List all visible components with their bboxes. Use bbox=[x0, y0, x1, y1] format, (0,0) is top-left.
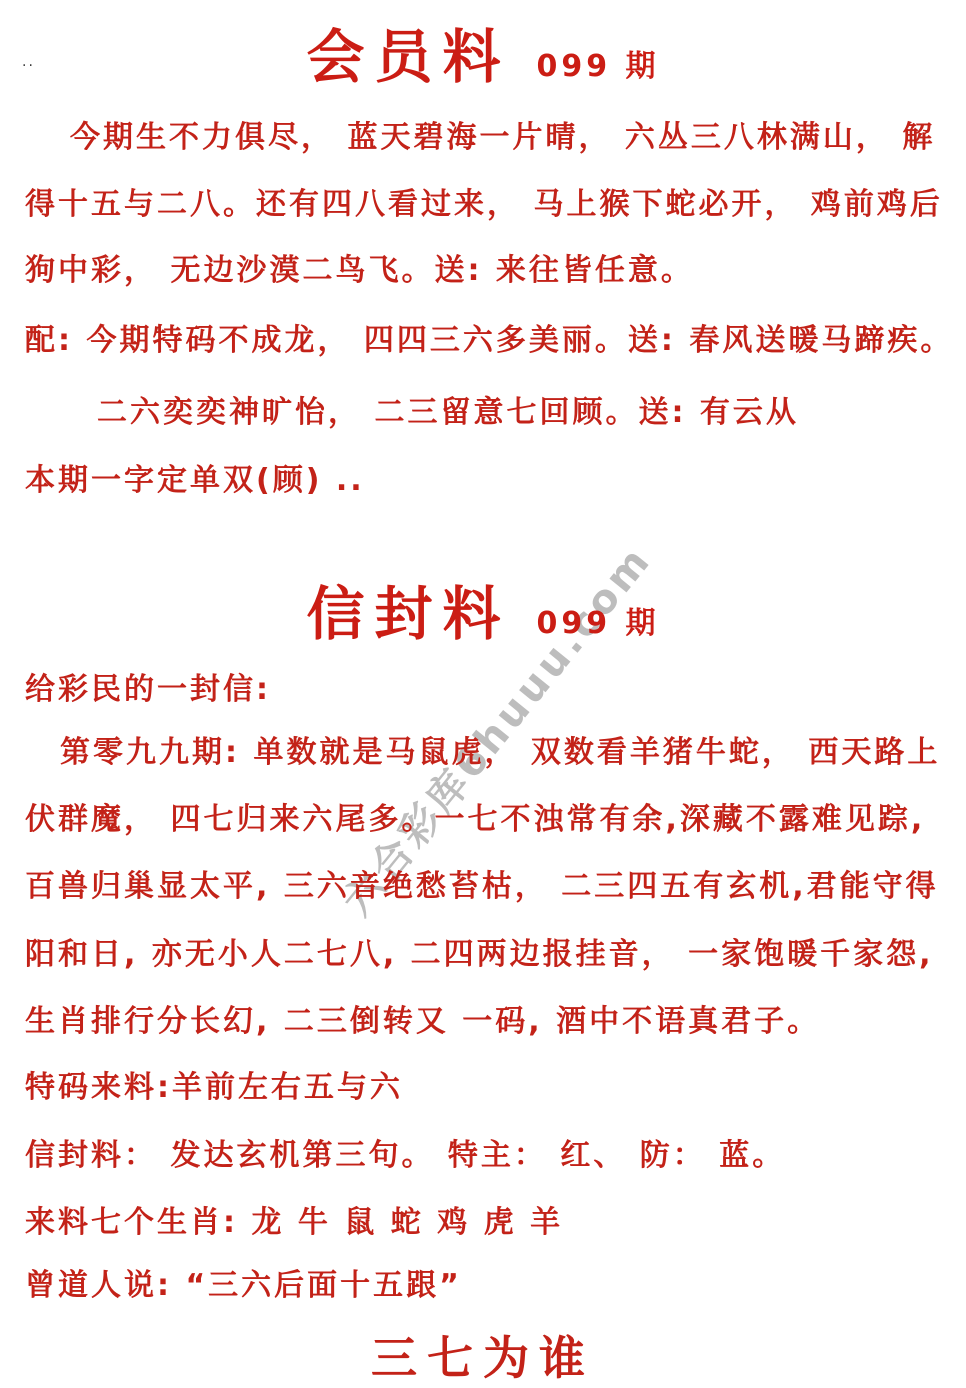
envelope-section-title: 信封料 bbox=[306, 585, 510, 643]
envelope-intro: 给彩民的一封信: bbox=[25, 672, 271, 708]
special-code-note: 特码来料:羊前左右五与六 bbox=[25, 1070, 403, 1106]
envelope-line: 第零九九期: 单数就是马鼠虎， 双数看羊猪牛蛇， 西天路上 bbox=[60, 735, 940, 771]
member-line: 本期一字定单双(顾) .. bbox=[25, 463, 365, 499]
scanned-lottery-sheet: 六合彩库6huuu.com ·· 会员料 099 期 今期生不力俱尽， 蓝天碧海… bbox=[0, 0, 966, 1388]
envelope-section-header: 信封料 099 期 bbox=[0, 585, 966, 643]
envelope-line: 阳和日, 亦无小人二七八, 二四两边报挂音， 一家饱暖千家怨, bbox=[25, 937, 934, 973]
envelope-line: 伏群魔， 四七归来六尾多。一七不浊常有余,深藏不露难见踪, bbox=[25, 802, 925, 838]
envelope-line: 百兽归巢显太平, 三六音绝愁苔枯， 二三四五有玄机,君能守得 bbox=[25, 869, 939, 905]
envelope-section-issue: 099 期 bbox=[536, 604, 659, 643]
member-line: 得十五与二八。还有四八看过来， 马上猴下蛇必开， 鸡前鸡后 bbox=[25, 187, 943, 223]
zodiac-note: 来料七个生肖: 龙 牛 鼠 蛇 鸡 虎 羊 bbox=[25, 1205, 563, 1241]
member-line: 今期生不力俱尽， 蓝天碧海一片晴， 六丛三八林满山， 解 bbox=[70, 120, 935, 156]
member-line: 狗中彩， 无边沙漠二鸟飞。送: 来往皆任意。 bbox=[25, 253, 694, 289]
member-line: 二六奕奕神旷怡， 二三留意七回顾。送: 有云从 bbox=[97, 395, 799, 431]
member-section-title: 会员料 bbox=[306, 28, 510, 86]
member-section-issue: 099 期 bbox=[536, 47, 659, 86]
master-quote-note: 曾道人说: “三六后面十五跟” bbox=[25, 1268, 462, 1304]
envelope-line: 生肖排行分长幻, 二三倒转又 一码, 酒中不语真君子。 bbox=[25, 1004, 820, 1040]
footer-title: 三七为谁 bbox=[0, 1322, 966, 1388]
member-line: 配: 今期特码不成龙， 四四三六多美丽。送: 春风送暖马蹄疾。 bbox=[25, 323, 953, 359]
envelope-material-note: 信封料： 发达玄机第三句。 特主： 红、 防： 蓝。 bbox=[25, 1138, 785, 1174]
member-section-header: 会员料 099 期 bbox=[0, 28, 966, 86]
